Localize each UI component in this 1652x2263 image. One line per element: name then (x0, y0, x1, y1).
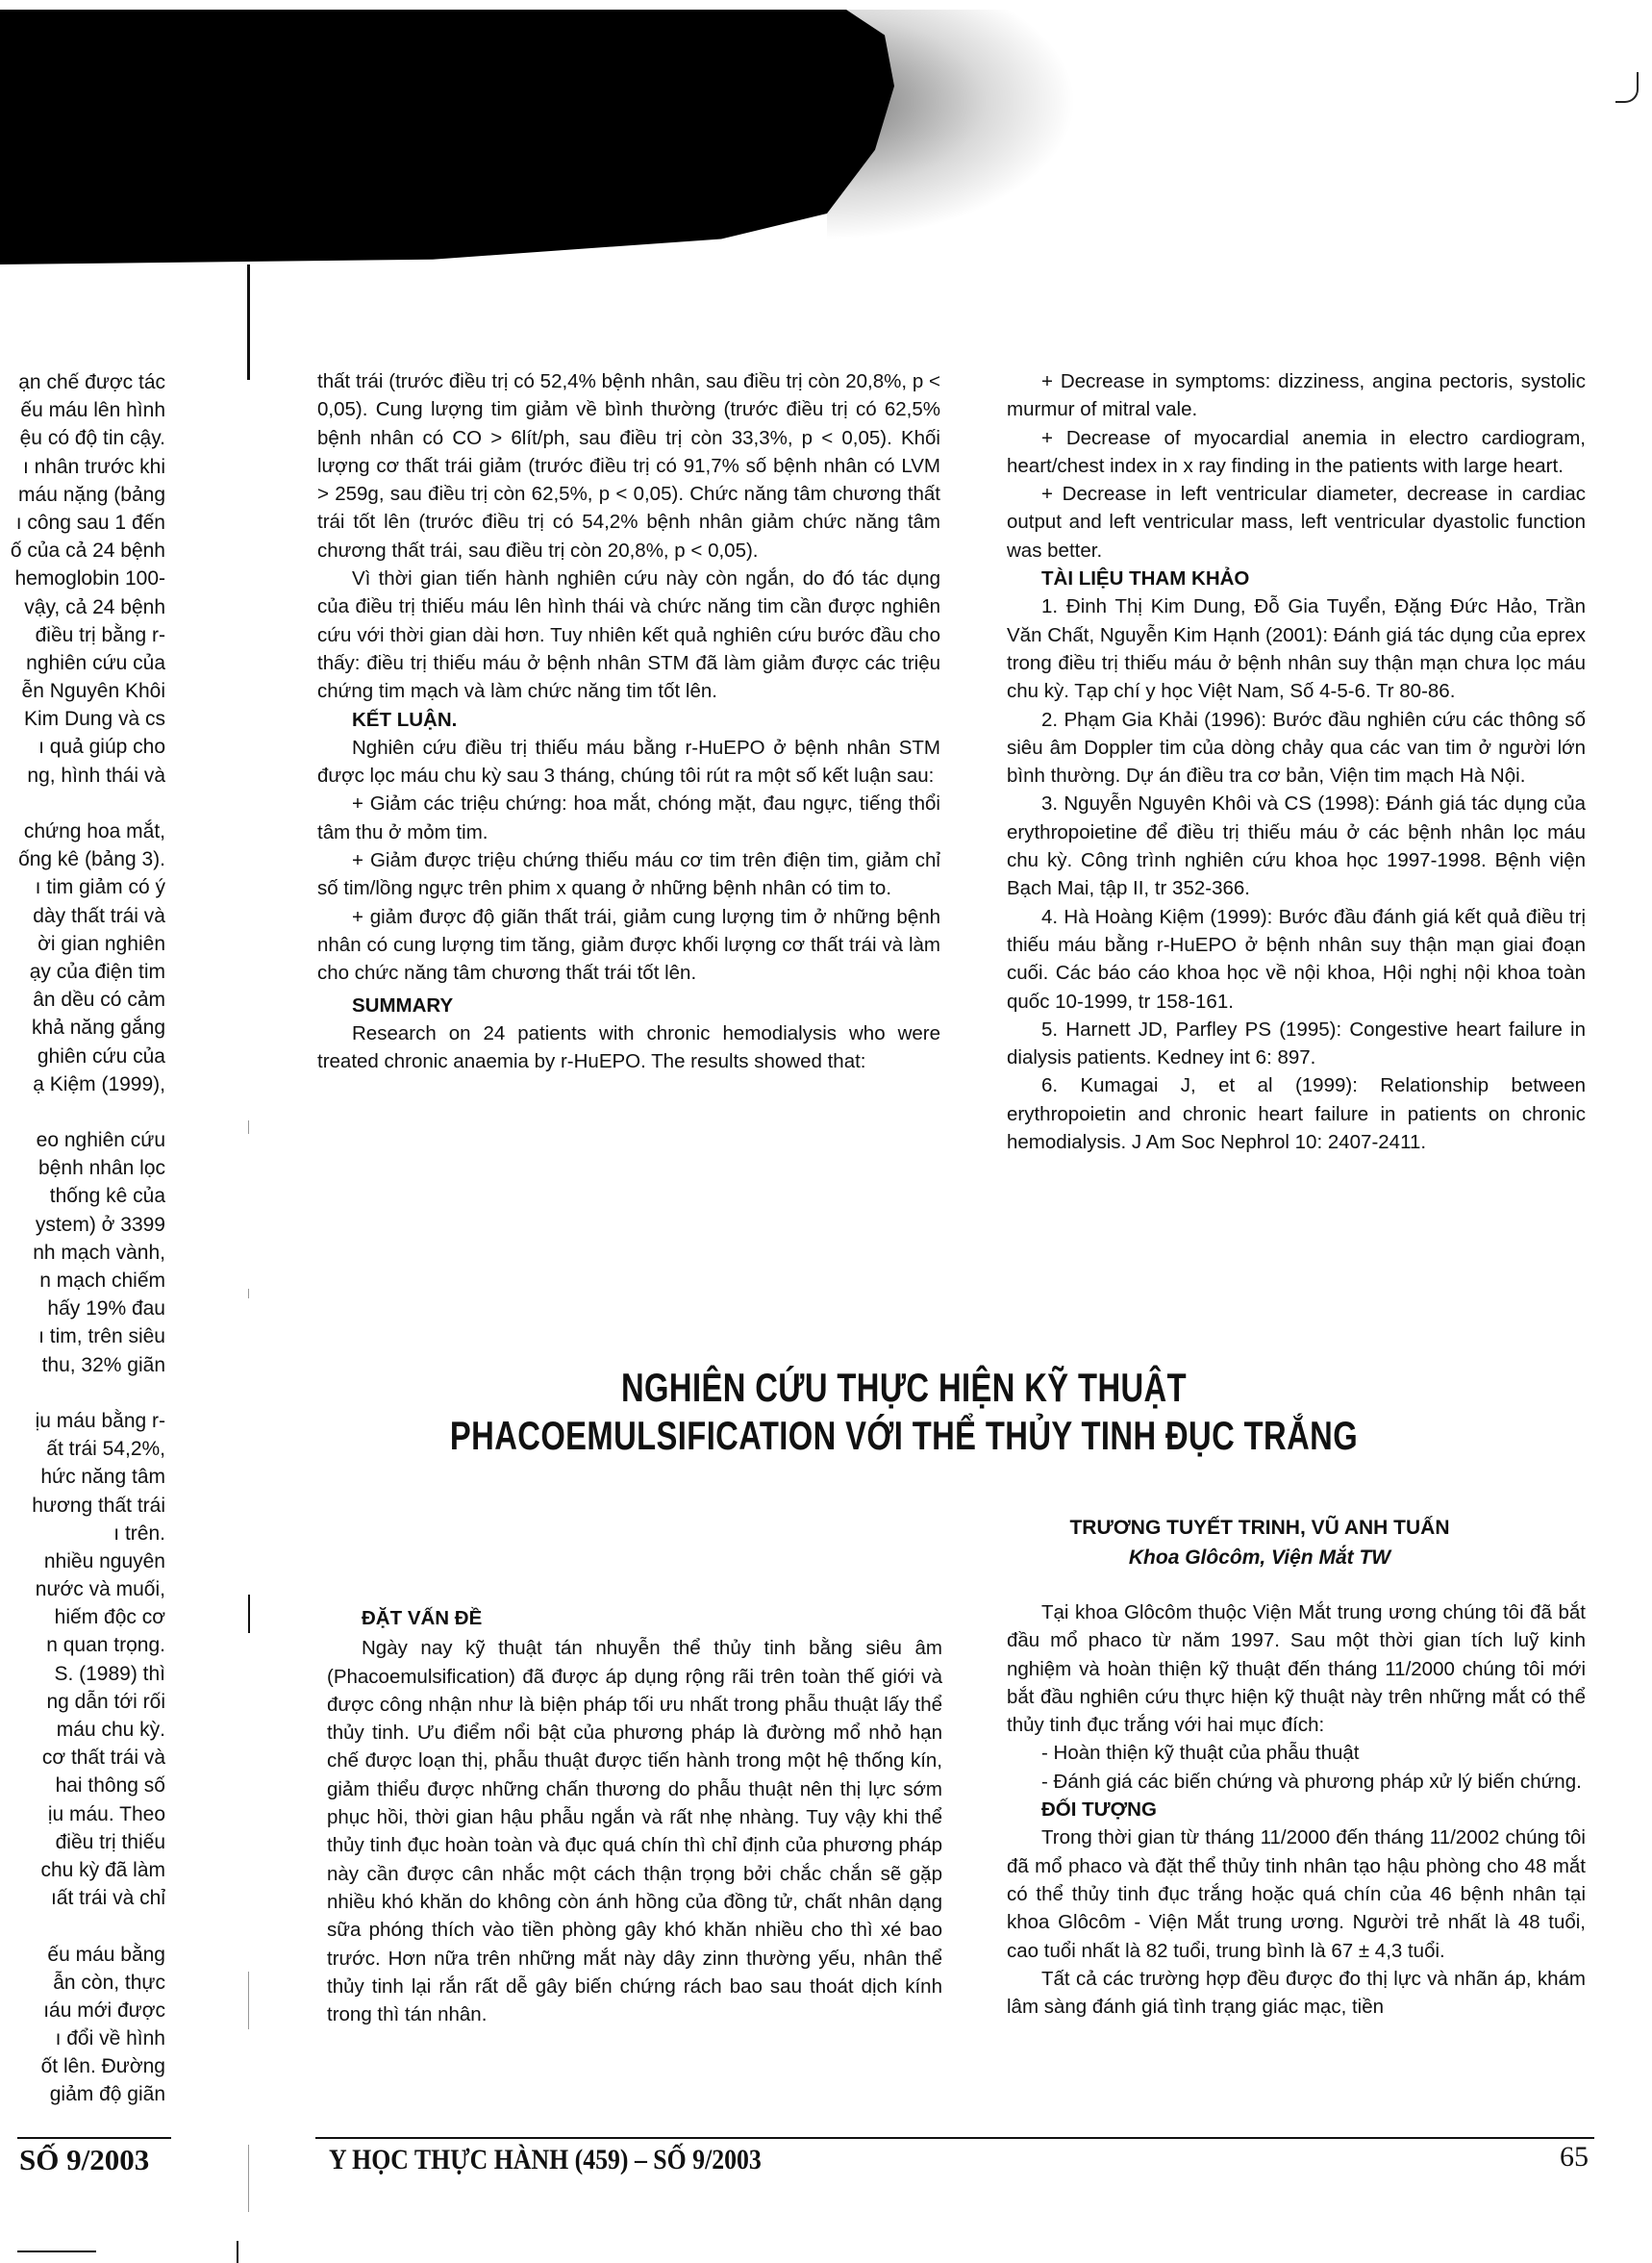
left-column-line: thống kê của (0, 1182, 165, 1210)
footer-issue-left: SỐ 9/2003 (19, 2143, 149, 2177)
footer-rule-left (17, 2137, 171, 2139)
left-column-line: ố của cả 24 bệnh (0, 537, 165, 565)
intro-text: Ngày nay kỹ thuật tán nhuyễn thể thủy ti… (327, 1634, 942, 2028)
left-column-line (0, 790, 165, 817)
left-column-line: ıáu mới được (0, 1997, 165, 2024)
left-column-line: dày thất trái và (0, 902, 165, 930)
reference-item: 1. Đinh Thị Kim Dung, Đỗ Gia Tuyển, Đặng… (1007, 592, 1586, 705)
subjects-heading: ĐỐI TƯỢNG (1007, 1796, 1586, 1823)
article-title-line1: NGHIÊN CỨU THỰC HIỆN KỸ THUẬT (424, 1364, 1384, 1412)
left-column-line: ịu máu bằng r- (0, 1407, 165, 1435)
left-column-line: ếu máu bằng (0, 1941, 165, 1969)
left-column-line: hai thông số (0, 1772, 165, 1799)
page-number: 65 (1560, 2141, 1589, 2174)
context-text: Tại khoa Glôcôm thuộc Viện Mắt trung ươn… (1007, 1598, 1586, 1739)
left-column-line: ı quả giúp cho (0, 733, 165, 761)
left-column-line: ystem) ở 3399 (0, 1211, 165, 1239)
left-column-line: cơ thất trái và (0, 1744, 165, 1772)
article-context-column: Tại khoa Glôcôm thuộc Viện Mắt trung ươn… (1007, 1598, 1586, 2021)
discussion-paragraph: Vì thời gian tiến hành nghiên cứu này cò… (317, 565, 940, 705)
reference-item: 2. Phạm Gia Khải (1996): Bước đầu nghiên… (1007, 706, 1586, 791)
left-column-line: ı đổi về hình (0, 2024, 165, 2052)
left-column-line: ng dẫn tới rối (0, 1688, 165, 1716)
left-column-line: chu kỳ đã làm (0, 1856, 165, 1884)
article-authors: TRƯƠNG TUYẾT TRINH, VŨ ANH TUẤN (1019, 1513, 1500, 1543)
left-column-line: ạn chế được tác (0, 368, 165, 396)
left-column-line: thu, 32% giãn (0, 1351, 165, 1379)
left-column-line: khả năng gắng (0, 1014, 165, 1042)
footer-rule (315, 2137, 1594, 2139)
left-column-line: ệu có độ tin cậy. (0, 424, 165, 452)
left-column-line: ạy của điện tim (0, 958, 165, 986)
left-column-line: ı trên. (0, 1520, 165, 1547)
left-column-line (0, 1912, 165, 1940)
left-column-line (0, 1379, 165, 1407)
left-column-line: n mạch chiếm (0, 1267, 165, 1295)
left-column-line: ân dều có cảm (0, 986, 165, 1014)
references-heading: TÀI LIỆU THAM KHẢO (1007, 565, 1586, 592)
left-column-line: ạ Kiệm (1999), (0, 1070, 165, 1098)
left-column-line: hemoglobin 100- (0, 565, 165, 592)
article-title-line2: PHACOEMULSIFICATION VỚI THỂ THỦY TINH ĐỤ… (424, 1412, 1384, 1460)
left-column-line: ất trái 54,2%, (0, 1435, 165, 1463)
left-column-line: nghiên cứu của (0, 649, 165, 677)
subjects-text: Trong thời gian từ tháng 11/2000 đến thá… (1007, 1823, 1586, 1964)
summary-text: Research on 24 patients with chronic hem… (317, 1019, 940, 1076)
left-column-line: ịu máu. Theo (0, 1800, 165, 1828)
left-column-line: eo nghiên cứu (0, 1126, 165, 1154)
left-column-line: hiếm độc cơ (0, 1603, 165, 1631)
left-column-line: ghiên cứu của (0, 1043, 165, 1070)
subjects-text-continued: Tất cả các trường hợp đều được đo thị lự… (1007, 1965, 1586, 2022)
summary-point: + Decrease in symptoms: dizziness, angin… (1007, 367, 1586, 424)
scan-bottom-stub (17, 2250, 96, 2252)
left-column-line: hấy 19% đau (0, 1295, 165, 1322)
left-column-line: S. (1989) thì (0, 1660, 165, 1688)
left-column-line: n quan trọng. (0, 1631, 165, 1659)
reference-item: 5. Harnett JD, Parfley PS (1995): Conges… (1007, 1016, 1586, 1072)
left-column-line: ı công sau 1 đến (0, 509, 165, 537)
left-column-line: ı tim giảm có ý (0, 873, 165, 901)
left-column-line: điều trị thiếu (0, 1828, 165, 1856)
column-separator-line (247, 264, 250, 380)
left-column-line: nước và muối, (0, 1575, 165, 1603)
separator-dash (248, 1120, 249, 1134)
left-column-line: nhiều nguyên (0, 1547, 165, 1575)
aim-item: - Hoàn thiện kỹ thuật của phẫu thuật (1007, 1739, 1586, 1767)
reference-item: 6. Kumagai J, et al (1999): Relationship… (1007, 1071, 1586, 1156)
conclusion-heading: KẾT LUẬN. (317, 706, 940, 734)
conclusion-point: + Giảm được triệu chứng thiếu máu cơ tim… (317, 846, 940, 903)
previous-article-middle-column: thất trái (trước điều trị có 52,4% bệnh … (317, 367, 940, 1075)
left-column-line: ng, hình thái và (0, 762, 165, 790)
scan-smudge-fade (827, 10, 1077, 240)
article-intro-column: ĐẶT VẤN ĐỀ Ngày nay kỹ thuật tán nhuyễn … (327, 1604, 942, 2028)
article-byline: TRƯƠNG TUYẾT TRINH, VŨ ANH TUẤN Khoa Glô… (1019, 1513, 1500, 1572)
separator-dash (248, 1289, 249, 1298)
intro-heading: ĐẶT VẤN ĐỀ (327, 1604, 942, 1632)
left-column-line: ễn Nguyên Khôi (0, 677, 165, 705)
scan-bottom-tick (237, 2241, 238, 2263)
separator-dash (248, 1595, 250, 1633)
scan-corner-mark (1615, 72, 1639, 103)
results-paragraph: thất trái (trước điều trị có 52,4% bệnh … (317, 367, 940, 565)
footer-journal-name: Y HỌC THỰC HÀNH (459) – SỐ 9/2003 (329, 2144, 762, 2176)
reference-item: 3. Nguyễn Nguyên Khôi và CS (1998): Đánh… (1007, 790, 1586, 902)
summary-heading: SUMMARY (317, 992, 940, 1019)
left-column-line: Kim Dung và cs (0, 705, 165, 733)
article-title: NGHIÊN CỨU THỰC HIỆN KỸ THUẬT PHACOEMULS… (424, 1364, 1384, 1460)
scan-black-smudge (0, 10, 962, 264)
left-column-line: điều trị bằng r- (0, 621, 165, 649)
reference-item: 4. Hà Hoàng Kiệm (1999): Bước đầu đánh g… (1007, 903, 1586, 1016)
article-affiliation: Khoa Glôcôm, Viện Mắt TW (1019, 1543, 1500, 1572)
left-column-line: máu nặng (bảng (0, 481, 165, 509)
left-column-line: ıất trái và chỉ (0, 1884, 165, 1912)
conclusion-intro: Nghiên cứu điều trị thiếu máu bằng r-HuE… (317, 734, 940, 791)
left-column-line: ếu máu lên hình (0, 396, 165, 424)
left-column-line: nh mạch vành, (0, 1239, 165, 1267)
left-column-line: vậy, cả 24 bệnh (0, 593, 165, 621)
separator-dash (248, 1972, 249, 2029)
left-column-fragments: ạn chế được tácếu máu lên hìnhệu có độ t… (0, 368, 165, 2109)
aim-item: - Đánh giá các biến chứng và phương pháp… (1007, 1768, 1586, 1796)
left-column-line: hương thất trái (0, 1492, 165, 1520)
left-column-line: ı tim, trên siêu (0, 1322, 165, 1350)
left-column-line: ốt lên. Đường (0, 2052, 165, 2080)
conclusion-point: + giảm được độ giãn thất trái, giảm cung… (317, 903, 940, 988)
left-column-line: hức năng tâm (0, 1463, 165, 1491)
left-column-line: giảm độ giãn (0, 2080, 165, 2108)
left-column-line: ı nhân trước khi (0, 453, 165, 481)
separator-dash (248, 2145, 249, 2212)
left-column-line: ống kê (bảng 3). (0, 845, 165, 873)
left-column-line: ời gian nghiên (0, 930, 165, 958)
summary-point: + Decrease in left ventricular diameter,… (1007, 480, 1586, 565)
left-column-line (0, 1098, 165, 1126)
left-column-line: ẫn còn, thực (0, 1969, 165, 1997)
previous-article-right-column: + Decrease in symptoms: dizziness, angin… (1007, 367, 1586, 1156)
left-column-line: chứng hoa mắt, (0, 817, 165, 845)
conclusion-point: + Giảm các triệu chứng: hoa mắt, chóng m… (317, 790, 940, 846)
summary-point: + Decrease of myocardial anemia in elect… (1007, 424, 1586, 481)
left-column-line: bệnh nhân lọc (0, 1154, 165, 1182)
left-column-line: máu chu kỳ. (0, 1716, 165, 1744)
